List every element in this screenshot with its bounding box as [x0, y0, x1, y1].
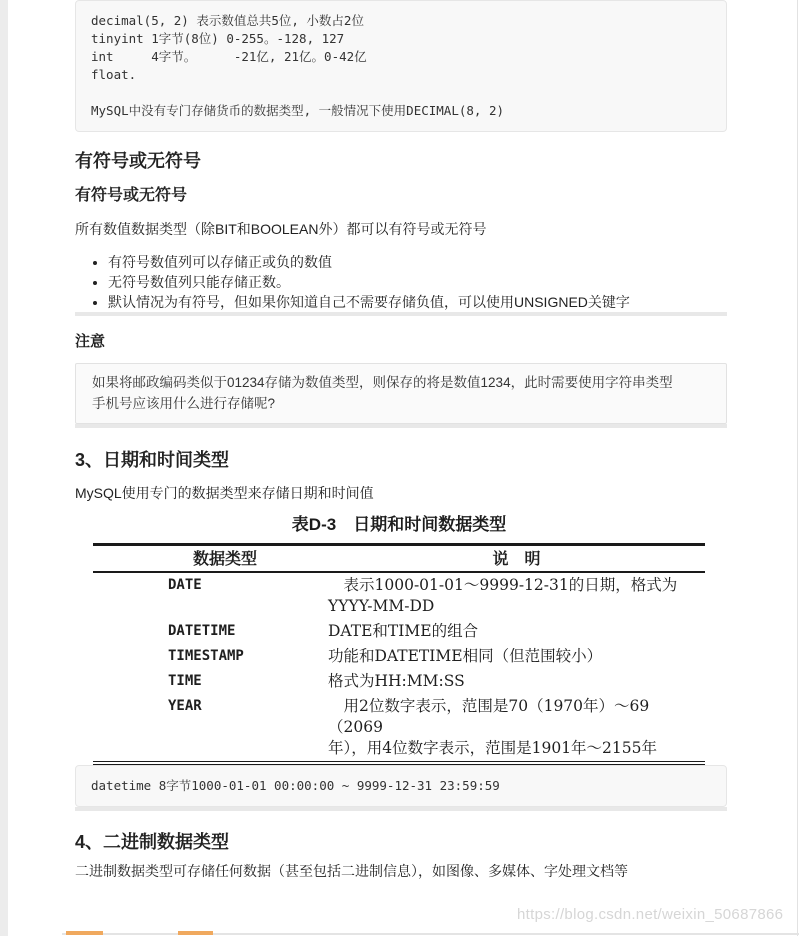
list-item: 无符号数值列只能存储正数。 — [108, 272, 727, 292]
list-item: 默认情况为有符号，但如果你知道自己不需要存储负值，可以使用UNSIGNED关键字 — [108, 292, 727, 312]
table-row: TIME 格式为HH:MM:SS — [93, 669, 705, 694]
cell-type: YEAR — [93, 696, 328, 759]
next-content-orange-segment — [178, 931, 213, 935]
cell-type: DATETIME — [93, 621, 328, 642]
heading-section-4: 4、二进制数据类型 — [75, 833, 727, 852]
book-table-header: 数据类型 说 明 — [93, 546, 705, 573]
next-content-top-edge — [62, 933, 799, 935]
next-content-orange-segment — [66, 931, 103, 935]
table-row: DATE 表示1000-01-01～9999-12-31的日期，格式为 YYYY… — [93, 573, 705, 619]
book-table-title: 表D-3 日期和时间数据类型 — [93, 516, 705, 534]
cell-desc: 表示1000-01-01～9999-12-31的日期，格式为 YYYY-MM-D… — [328, 575, 705, 617]
column-header-desc: 说 明 — [328, 550, 705, 567]
code-block-datetime-range: datetime 8字节1000-01-01 00:00:00 ~ 9999-1… — [75, 765, 727, 807]
note-line: 手机号应该用什么进行存储呢? — [92, 393, 710, 414]
book-table: 数据类型 说 明 DATE 表示1000-01-01～9999-12-31的日期… — [93, 543, 705, 765]
table-row: YEAR 用2位数字表示，范围是70（1970年）～69（2069 年），用4位… — [93, 694, 705, 761]
cell-desc: 用2位数字表示，范围是70（1970年）～69（2069 年），用4位数字表示，… — [328, 696, 705, 759]
cell-type: DATE — [93, 575, 328, 617]
section-divider — [75, 424, 727, 428]
heading-signed-unsigned-1: 有符号或无符号 — [75, 151, 727, 171]
article-content: decimal(5, 2) 表示数值总共5位, 小数占2位 tinyint 1字… — [75, 0, 727, 879]
section-divider — [75, 807, 727, 811]
bullet-list-signed: 有符号数值列可以存储正或负的数值 无符号数值列只能存储正数。 默认情况为有符号，… — [75, 252, 727, 312]
note-box: 如果将邮政编码类似于01234存储为数值类型，则保存的将是数值1234，此时需要… — [75, 363, 727, 424]
paragraph-signed-intro: 所有数值数据类型（除BIT和BOOLEAN外）都可以有符号或无符号 — [75, 222, 727, 237]
heading-section-3: 3、日期和时间类型 — [75, 451, 727, 470]
heading-note: 注意 — [75, 334, 727, 350]
note-line: 如果将邮政编码类似于01234存储为数值类型，则保存的将是数值1234，此时需要… — [92, 372, 710, 393]
list-item: 有符号数值列可以存储正或负的数值 — [108, 252, 727, 272]
book-table-image: 表D-3 日期和时间数据类型 数据类型 说 明 DATE 表示1000-01-0… — [93, 516, 705, 765]
cell-desc: 功能和DATETIME相同（但范围较小） — [328, 646, 705, 667]
paragraph-date-intro: MySQL使用专门的数据类型来存储日期和时间值 — [75, 486, 727, 501]
heading-signed-unsigned-2: 有符号或无符号 — [75, 187, 727, 205]
code-block-numeric-types: decimal(5, 2) 表示数值总共5位, 小数占2位 tinyint 1字… — [75, 0, 727, 132]
blog-article-page: decimal(5, 2) 表示数值总共5位, 小数占2位 tinyint 1字… — [0, 0, 799, 936]
paragraph-binary-intro: 二进制数据类型可存储任何数据（甚至包括二进制信息），如图像、多媒体、字处理文档等 — [75, 864, 727, 879]
column-header-type: 数据类型 — [93, 550, 328, 567]
cell-desc: DATE和TIME的组合 — [328, 621, 705, 642]
table-row: DATETIME DATE和TIME的组合 — [93, 619, 705, 644]
cell-type: TIME — [93, 671, 328, 692]
cell-desc: 格式为HH:MM:SS — [328, 671, 705, 692]
csdn-watermark: https://blog.csdn.net/weixin_50687866 — [517, 906, 783, 924]
page-left-gutter — [0, 0, 8, 936]
table-row: TIMESTAMP 功能和DATETIME相同（但范围较小） — [93, 644, 705, 669]
cell-type: TIMESTAMP — [93, 646, 328, 667]
page-right-border — [797, 0, 798, 936]
section-divider — [75, 312, 727, 316]
